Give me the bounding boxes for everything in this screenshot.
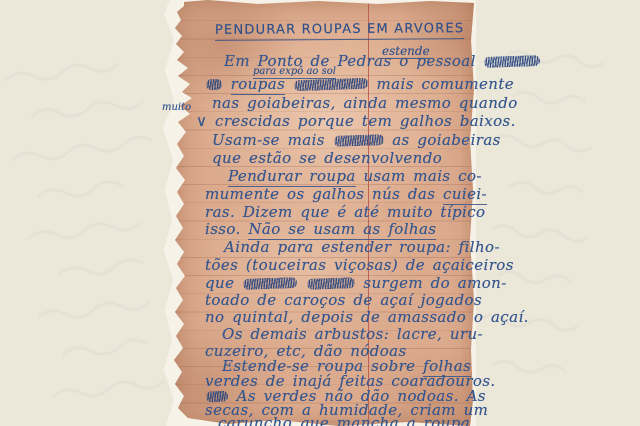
manuscript-line: Os demais arbustos: lacre, uru- <box>222 327 483 341</box>
handwritten-text: mumente os galhos nús das <box>205 185 443 203</box>
handwritten-text <box>223 75 231 93</box>
handwritten-text: que <box>205 274 242 292</box>
handwritten-text: as goiabeiras <box>385 131 501 149</box>
handwritten-text: ∨ crescidas porque tem galhos baixos. <box>196 112 516 130</box>
manuscript-line: Estende-se roupa sobre folhas <box>222 359 471 373</box>
manuscript-line: verdes de inajá feitas coaradouros. <box>205 374 496 388</box>
underlined-phrase: Não se usam as folhas <box>248 220 436 240</box>
manuscript-line: no quintal, depois de amassado o açaí. <box>205 310 529 324</box>
manuscript-line: isso. Não se usam as folhas <box>205 222 436 236</box>
handwritten-text: caruncho que mancha a roupa. <box>218 414 475 426</box>
handwritten-text: no quintal, depois de amassado o açaí. <box>205 308 529 326</box>
manuscript-line: nas goiabeiras, ainda mesmo quando <box>212 96 518 110</box>
manuscript-line: que surgem do amon- <box>205 276 507 290</box>
manuscript-line: roupas mais comumente <box>205 77 514 91</box>
scratched-out-word <box>206 79 222 91</box>
manuscript-text: PENDURAR ROUPAS EM ARVORES Em Ponto de P… <box>0 0 640 426</box>
interline-insertion: estende <box>382 45 430 59</box>
manuscript-line: Ainda para estender roupa: filho- <box>224 240 500 254</box>
underlined-phrase: Pendurar roupa <box>228 167 356 187</box>
handwritten-text <box>298 274 306 292</box>
manuscript-line: mumente os galhos nús das cuiei- <box>205 187 487 201</box>
manuscript-line: que estão se desenvolvendo <box>212 151 442 165</box>
scratched-out-word <box>243 277 297 290</box>
handwritten-text: Ainda para estender roupa: filho- <box>224 238 500 256</box>
manuscript-line: tões (touceiras viçosas) de açaiceiros <box>205 258 514 272</box>
handwritten-text: Usam-se mais <box>212 131 333 149</box>
handwritten-text: usam mais co- <box>356 167 482 185</box>
handwritten-text: Os demais arbustos: lacre, uru- <box>222 325 483 343</box>
handwritten-text: que estão se desenvolvendo <box>212 149 442 167</box>
manuscript-title: PENDURAR ROUPAS EM ARVORES <box>215 21 464 41</box>
handwritten-text: surgem do amon- <box>356 274 507 292</box>
interline-insertion: para expô ao sol <box>253 67 336 79</box>
handwritten-text: tões (touceiras viçosas) de açaiceiros <box>205 256 514 274</box>
manuscript-line: toado de caroços de açaí jogados <box>205 293 482 307</box>
manuscript-line: Usam-se mais as goiabeiras <box>212 133 501 147</box>
manuscript-line: caruncho que mancha a roupa. <box>218 416 475 426</box>
scratched-out-word <box>294 78 368 92</box>
interline-insertion: muito <box>162 103 191 113</box>
handwritten-text: ras. Dizem que é até muito típico <box>205 203 485 221</box>
handwritten-text: isso. <box>205 220 248 238</box>
handwritten-text: nas goiabeiras, ainda mesmo quando <box>212 94 518 112</box>
photographed-manuscript-scene: PENDURAR ROUPAS EM ARVORES Em Ponto de P… <box>0 0 640 426</box>
underlined-phrase: cuiei- <box>443 185 487 205</box>
scratched-out-word <box>484 55 540 68</box>
manuscript-line: ∨ crescidas porque tem galhos baixos. <box>196 114 516 128</box>
scratched-out-word <box>333 134 383 147</box>
handwritten-text: mais comumente <box>369 75 514 93</box>
handwritten-text: toado de caroços de açaí jogados <box>205 291 482 309</box>
scratched-out-word <box>307 277 355 290</box>
manuscript-line: Pendurar roupa usam mais co- <box>228 169 482 183</box>
manuscript-line: cuzeiro, etc, dão nódoas <box>205 344 407 358</box>
manuscript-line: ras. Dizem que é até muito típico <box>205 205 485 219</box>
